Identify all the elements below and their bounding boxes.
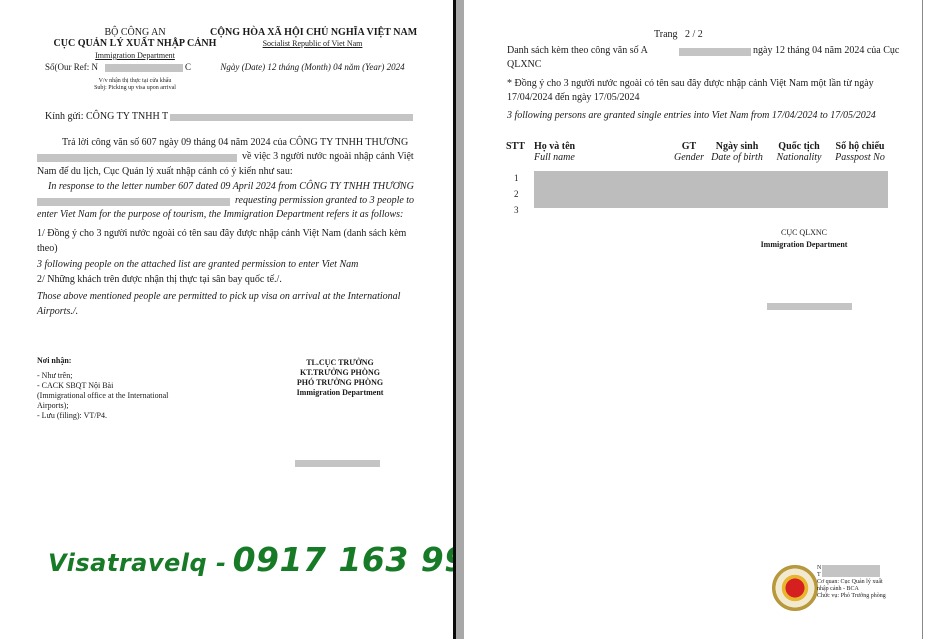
- body-p2-line1: In response to the letter number 607 dat…: [48, 181, 414, 192]
- item2-en: Those above mentioned people are permitt…: [37, 290, 427, 319]
- col-stt: STT: [506, 141, 534, 163]
- row-numbers: 1 2 3: [514, 170, 519, 218]
- redaction-signer-name: [295, 460, 380, 467]
- col-full-name: Họ và tênFull name: [534, 141, 672, 163]
- redaction-stamp-name: [822, 565, 880, 577]
- table-row: 2: [514, 186, 519, 202]
- persons-table: STT Họ và tênFull name GTGender Ngày sin…: [506, 141, 890, 163]
- redaction-company-1: [37, 154, 237, 162]
- ref-number-prefix: Số(Our Ref: N: [45, 62, 98, 72]
- document-page-1: BỘ CÔNG AN CỤC QUẢN LÝ XUẤT NHẬP CẢNH Im…: [0, 0, 453, 639]
- col-dob: Ngày sinhDate of birth: [706, 141, 768, 163]
- country-name-en: Socialist Republic of Viet Nam: [210, 39, 415, 48]
- body-p2-line2: requesting permission granted to 3 peopl…: [235, 195, 414, 206]
- body-p1-line2: về việc 3 người nước ngoài nhập cảnh Việ…: [242, 151, 414, 162]
- signature-line: Immigration Department: [270, 388, 410, 398]
- body-p1-line1: Trả lời công văn số 607 ngày 09 tháng 04…: [62, 137, 408, 148]
- col-nationality: Quốc tịchNationality: [768, 141, 830, 163]
- recipient-item: - Lưu (filing): VT/P4.: [37, 411, 168, 421]
- signature-line: PHÓ TRƯỞNG PHÒNG: [270, 378, 410, 388]
- page-edge: [922, 0, 923, 639]
- watermark-name: Visatravelq -: [48, 549, 227, 577]
- country-name: CỘNG HÒA XÃ HỘI CHỦ NGHĨA VIỆT NAM: [210, 27, 415, 38]
- page-divider-shadow: [456, 0, 464, 639]
- col-passport: Số hộ chiếuPasspost No: [830, 141, 890, 163]
- signature-org: CỤC QLXNC: [744, 228, 864, 237]
- stamp-org: Cơ quan: Cục Quản lý xuất nhập cảnh - BC…: [817, 579, 887, 593]
- ministry-name: BỘ CÔNG AN: [60, 27, 210, 38]
- bullet-vi-line1: * Đồng ý cho 3 người nước ngoài có tên s…: [507, 78, 874, 89]
- col-gender: GTGender: [672, 141, 706, 163]
- bullet-vi-line2: 17/04/2024 đến ngày 17/05/2024: [507, 92, 640, 103]
- item1-en: 3 following people on the attached list …: [37, 259, 358, 270]
- addressee: Kính gửi: CÔNG TY TNHH T: [45, 111, 168, 122]
- body-p1-line3: Nam để du lịch, Cục Quản lý xuất nhập cả…: [37, 166, 293, 177]
- item1-vi: 1/ Đồng ý cho 3 người nước ngoài có tên …: [37, 227, 422, 256]
- redaction-table-data: [534, 171, 888, 208]
- subject-vi: V/v nhận thị thực tại cửa khẩu: [60, 78, 210, 84]
- intro-line2: QLXNC: [507, 59, 541, 70]
- watermark-brand: Visatravelq - 0917 163 993: [48, 540, 491, 579]
- department-name-en: Immigration Department: [60, 51, 210, 60]
- redaction-ref: [105, 64, 183, 72]
- signature-block: TL.CỤC TRƯỞNG KT.TRƯỞNG PHÒNG PHÓ TRƯỞNG…: [270, 358, 410, 398]
- document-page-2: Trang 2 / 2 Danh sách kèm theo công văn …: [464, 0, 926, 639]
- ref-number-suffix: C: [185, 62, 191, 72]
- signature-org-en: Immigration Department: [744, 240, 864, 249]
- official-seal-icon: [772, 565, 818, 611]
- item2-vi: 2/ Những khách trên được nhận thị thực t…: [37, 274, 282, 285]
- redaction-ref: [679, 48, 751, 56]
- table-header-row: STT Họ và tênFull name GTGender Ngày sin…: [506, 141, 890, 163]
- recipients-list: - Như trên; - CACK SBQT Nội Bài (Immigra…: [37, 371, 168, 421]
- recipient-item: - CACK SBQT Nội Bài: [37, 381, 168, 391]
- redaction-company-2: [37, 198, 230, 206]
- document-date: Ngày (Date) 12 tháng (Month) 04 năm (Yea…: [210, 62, 415, 72]
- recipients-title: Nơi nhận:: [37, 356, 71, 365]
- recipient-item: Airports);: [37, 401, 168, 411]
- intro-suffix: ngày 12 tháng 04 năm 2024 của Cục: [753, 45, 899, 56]
- signature-line: KT.TRƯỞNG PHÒNG: [270, 368, 410, 378]
- intro-prefix: Danh sách kèm theo công văn số A: [507, 45, 648, 56]
- redaction-signer-name: [767, 303, 852, 310]
- recipient-item: (Immigrational office at the Internation…: [37, 391, 168, 401]
- page-number: Trang 2 / 2: [654, 29, 703, 40]
- signature-line: TL.CỤC TRƯỞNG: [270, 358, 410, 368]
- recipient-item: - Như trên;: [37, 371, 168, 381]
- bullet-en: 3 following persons are granted single e…: [507, 110, 876, 121]
- table-row: 3: [514, 202, 519, 218]
- body-p2-line3: enter Viet Nam for the purpose of touris…: [37, 209, 403, 220]
- table-row: 1: [514, 170, 519, 186]
- redaction-addressee: [170, 114, 413, 121]
- stamp-position: Chức vụ: Phó Trưởng phòng: [817, 593, 887, 600]
- subject-en: Subj: Picking up visa upon arrival: [60, 85, 210, 91]
